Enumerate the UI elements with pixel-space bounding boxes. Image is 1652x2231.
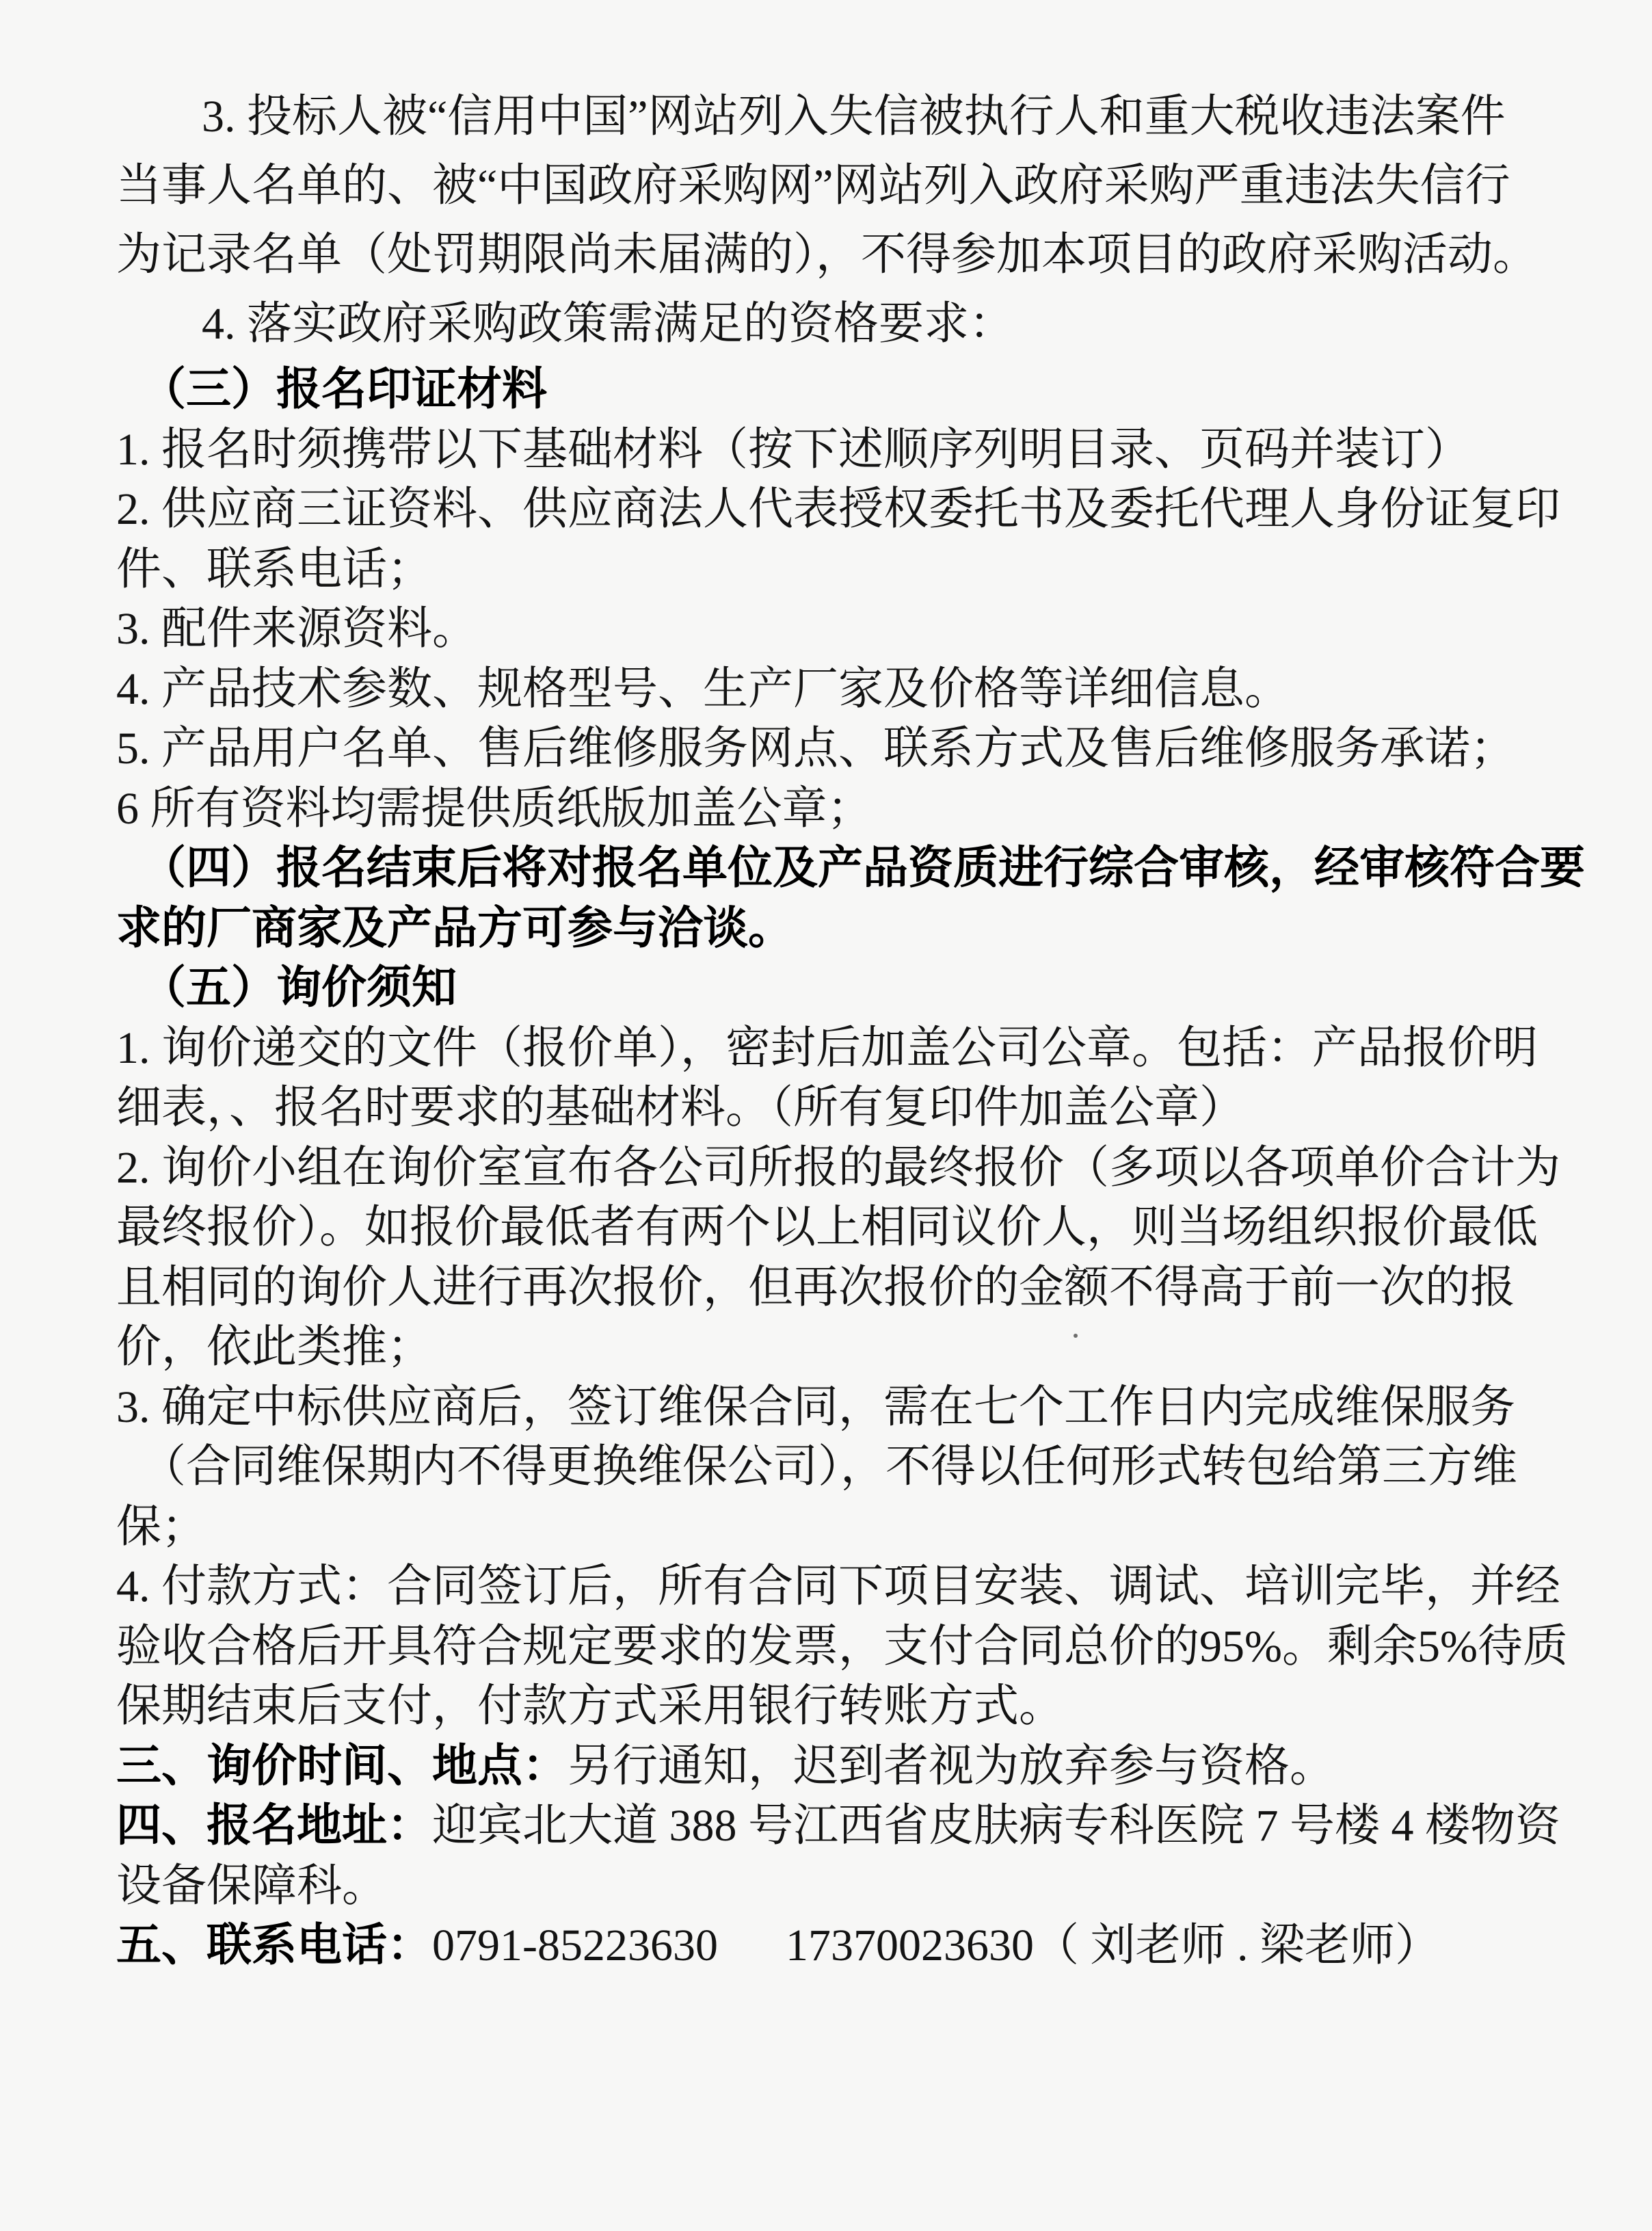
text-line: （四）报名结束后将对报名单位及产品资质进行综合审核，经审核符合要	[116, 839, 1607, 899]
text-line: （三）报名印证材料	[116, 360, 1607, 420]
text-line: 3. 配件来源资料。	[116, 599, 1607, 659]
text-line: 三、询价时间、地点：另行通知，迟到者视为放弃参与资格。	[116, 1737, 1607, 1797]
line-text: 迎宾北大道 388 号江西省皮肤病专科医院 7 号楼 4 楼物资	[432, 1801, 1560, 1851]
text-line: （合同维保期内不得更换维保公司），不得以任何形式转包给第三方维	[116, 1437, 1607, 1497]
text-line: 保期结束后支付，付款方式采用银行转账方式。	[116, 1676, 1607, 1737]
text-line: 件、联系电话；	[116, 540, 1607, 600]
text-line: 且相同的询价人进行再次报价，但再次报价的金额不得高于前一次的报	[116, 1258, 1607, 1318]
text-line: 5. 产品用户名单、售后维修服务网点、联系方式及售后维修服务承诺；	[116, 719, 1607, 779]
scan-artifact-ink-dot	[1074, 1334, 1078, 1338]
text-line: 4. 落实政府采购政策需满足的资格要求：	[116, 289, 1607, 358]
text-line: 保；	[116, 1497, 1607, 1557]
text-line: 6 所有资料均需提供质纸版加盖公章；	[116, 779, 1607, 839]
paragraph-qualification-requirements: 3. 投标人被“信用中国”网站列入失信被执行人和重大税收违法案件当事人名单的、被…	[116, 82, 1607, 358]
text-line: 四、报名地址：迎宾北大道 388 号江西省皮肤病专科医院 7 号楼 4 楼物资	[116, 1796, 1607, 1856]
text-line: 1. 报名时须携带以下基础材料（按下述顺序列明目录、页码并装订）	[116, 420, 1607, 480]
text-line: 2. 询价小组在询价室宣布各公司所报的最终报价（多项以各项单价合计为	[116, 1138, 1607, 1198]
text-line: 当事人名单的、被“中国政府采购网”网站列入政府采购严重违法失信行	[116, 151, 1607, 220]
paragraph-notice-body: （三）报名印证材料1. 报名时须携带以下基础材料（按下述顺序列明目录、页码并装订…	[116, 360, 1607, 1976]
line-text: 0791-85223630 17370023630（ 刘老师 . 梁老师）	[432, 1920, 1440, 1970]
text-line: 4. 付款方式：合同签订后，所有合同下项目安装、调试、培训完毕，并经	[116, 1557, 1607, 1617]
text-line: 3. 投标人被“信用中国”网站列入失信被执行人和重大税收违法案件	[116, 82, 1607, 151]
line-text: 另行通知，迟到者视为放弃参与资格。	[568, 1741, 1335, 1791]
text-line: 求的厂商家及产品方可参与洽谈。	[116, 899, 1607, 959]
text-line: 2. 供应商三证资料、供应商法人代表授权委托书及委托代理人身份证复印	[116, 479, 1607, 540]
document-page: 3. 投标人被“信用中国”网站列入失信被执行人和重大税收违法案件当事人名单的、被…	[0, 0, 1652, 2231]
text-line: 价，依此类推；	[116, 1317, 1607, 1377]
text-line: 五、联系电话：0791-85223630 17370023630（ 刘老师 . …	[116, 1916, 1607, 1976]
text-line: 为记录名单（处罚期限尚未届满的），不得参加本项目的政府采购活动。	[116, 220, 1607, 289]
line-heading-label: 三、询价时间、地点：	[116, 1741, 568, 1791]
line-heading-label: 五、联系电话：	[116, 1920, 432, 1970]
text-line: 验收合格后开具符合规定要求的发票，支付合同总价的95%。剩余5%待质	[116, 1617, 1607, 1677]
text-line: 细表，、报名时要求的基础材料。（所有复印件加盖公章）	[116, 1078, 1607, 1138]
text-line: 设备保障科。	[116, 1856, 1607, 1916]
text-line: 最终报价）。如报价最低者有两个以上相同议价人，则当场组织报价最低	[116, 1198, 1607, 1258]
line-heading-label: 四、报名地址：	[116, 1801, 432, 1851]
text-line: （五）询价须知	[116, 958, 1607, 1018]
text-line: 4. 产品技术参数、规格型号、生产厂家及价格等详细信息。	[116, 659, 1607, 720]
text-line: 3. 确定中标供应商后，签订维保合同，需在七个工作日内完成维保服务	[116, 1377, 1607, 1438]
text-line: 1. 询价递交的文件（报价单），密封后加盖公司公章。包括：产品报价明	[116, 1018, 1607, 1079]
